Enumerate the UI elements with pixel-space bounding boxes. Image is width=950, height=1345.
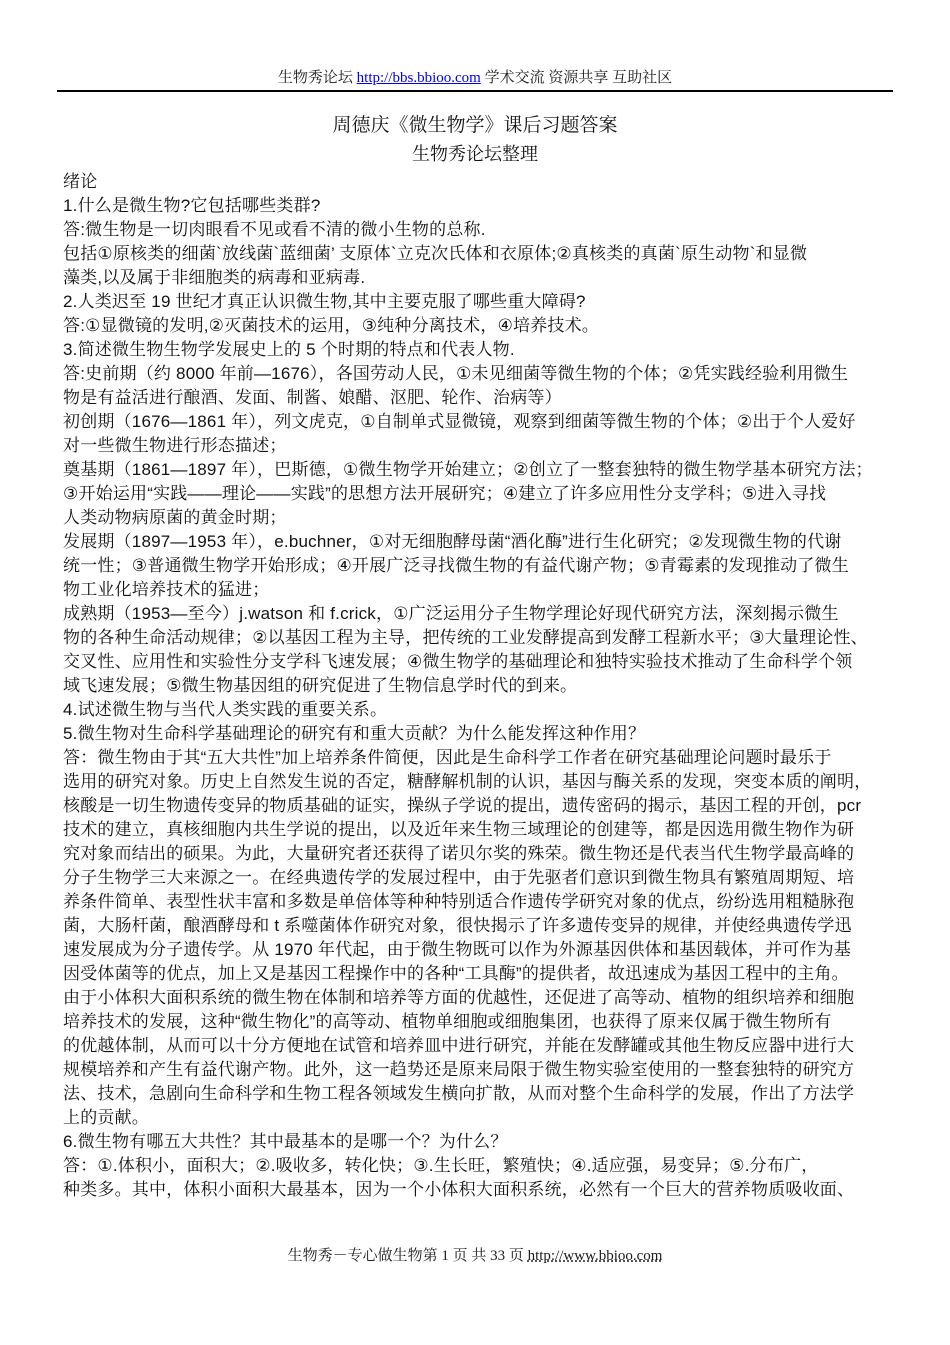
document-subtitle: 生物秀论坛整理	[0, 142, 950, 166]
text-line: 究对象而结出的硕果。为此，大量研究者还获得了诺贝尔奖的殊荣。微生物还是代表当代生…	[63, 842, 893, 866]
text-line: 物工业化培养技术的猛进；	[63, 578, 893, 602]
text-line: 培养技术的发展，这种“微生物化”的高等动、植物单细胞或细胞集团，也获得了原来仅属…	[63, 1010, 893, 1034]
text-line: 速发展成为分子遗传学。从 1970 年代起，由于微生物既可以作为外源基因供体和基…	[63, 938, 893, 962]
text-line: 答：①.体积小，面积大；②.吸收多，转化快；③.生长旺，繁殖快；④.适应强，易变…	[63, 1154, 893, 1178]
text-line: 因受体菌等的优点，加上又是基因工程操作中的各种“工具酶”的提供者，故迅速成为基因…	[63, 962, 893, 986]
text-line: 菌，大肠杆菌，酿酒酵母和 t 系噬菌体作研究对象，很快揭示了许多遗传变异的规律，…	[63, 914, 893, 938]
footer-text: 生物秀－专心做生物第 1 页 共 33 页	[288, 1248, 524, 1264]
text-line: 人类动物病原菌的黄金时期；	[63, 506, 893, 530]
text-line: 答:史前期（约 8000 年前—1676），各国劳动人民，①未见细菌等微生物的个…	[63, 362, 893, 386]
text-line: 上的贡献。	[63, 1106, 893, 1130]
text-line: 3.简述微生物生物学发展史上的 5 个时期的特点和代表人物.	[63, 338, 893, 362]
text-line: 域飞速发展；⑤微生物基因组的研究促进了生物信息学时代的到来。	[63, 674, 893, 698]
text-line: 答：微生物由于其“五大共性”加上培养条件简便，因此是生命科学工作者在研究基础理论…	[63, 746, 893, 770]
text-line: 成熟期（1953—至今）j.watson 和 f.crick，①广泛运用分子生物…	[63, 602, 893, 626]
text-line: 规模培养和产生有益代谢产物。此外，这一趋势还是原来局限于微生物实验室使用的一整套…	[63, 1058, 893, 1082]
text-line: 分子生物学三大来源之一。在经典遗传学的发展过程中，由于先驱者们意识到微生物具有繁…	[63, 866, 893, 890]
text-line: 选用的研究对象。历史上自然发生说的否定，糖酵解机制的认识，基因与酶关系的发现，突…	[63, 770, 893, 794]
text-line: 藻类,以及属于非细胞类的病毒和亚病毒.	[63, 266, 893, 290]
text-line: 5.微生物对生命科学基础理论的研究有和重大贡献？为什么能发挥这种作用？	[63, 722, 893, 746]
document-title: 周德庆《微生物学》课后习题答案	[0, 113, 950, 139]
text-line: 4.试述微生物与当代人类实践的重要关系。	[63, 698, 893, 722]
text-line: 1.什么是微生物?它包括哪些类群?	[63, 194, 893, 218]
text-line: 的优越体制，从而可以十分方便地在试管和培养皿中进行研究，并能在发酵罐或其他生物反…	[63, 1034, 893, 1058]
text-line: 对一些微生物进行形态描述；	[63, 434, 893, 458]
header-site-name: 生物秀论坛	[278, 70, 353, 86]
document-body: 绪论1.什么是微生物?它包括哪些类群?答:微生物是一切肉眼看不见或看不清的微小生…	[63, 170, 893, 1202]
text-line: 种类多。其中，体积小面积大最基本，因为一个小体积大面积系统，必然有一个巨大的营养…	[63, 1178, 893, 1202]
text-line: 交叉性、应用性和实验性分支学科飞速发展；④微生物学的基础理论和独特实验技术推动了…	[63, 650, 893, 674]
text-line: 由于小体积大面积系统的微生物在体制和培养等方面的优越性，还促进了高等动、植物的组…	[63, 986, 893, 1010]
text-line: ③开始运用“实践——理论——实践”的思想方法开展研究；④建立了许多应用性分支学科…	[63, 482, 893, 506]
text-line: 物的各种生命活动规律；②以基因工程为主导，把传统的工业发酵提高到发酵工程新水平；…	[63, 626, 893, 650]
text-line: 绪论	[63, 170, 893, 194]
text-line: 核酸是一切生物遗传变异的物质基础的证实，操纵子学说的提出，遗传密码的揭示，基因工…	[63, 794, 893, 818]
footer-site-link[interactable]: http://www.bbioo.com	[528, 1248, 663, 1264]
text-line: 奠基期（1861—1897 年），巴斯德，①微生物学开始建立；②创立了一整套独特…	[63, 458, 893, 482]
text-line: 法、技术，急剧向生命科学和生物工程各领域发生横向扩散，从而对整个生命科学的发展，…	[63, 1082, 893, 1106]
page-header: 生物秀论坛 http://bbs.bbioo.com 学术交流 资源共享 互助社…	[0, 68, 950, 88]
text-line: 6.微生物有哪五大共性？其中最基本的是哪一个？为什么？	[63, 1130, 893, 1154]
header-tagline: 学术交流 资源共享 互助社区	[485, 70, 673, 86]
text-line: 统一性；③普通微生物学开始形成；④开展广泛寻找微生物的有益代谢产物；⑤青霉素的发…	[63, 554, 893, 578]
text-line: 2.人类迟至 19 世纪才真正认识微生物,其中主要克服了哪些重大障碍?	[63, 290, 893, 314]
header-forum-link[interactable]: http://bbs.bbioo.com	[357, 70, 481, 86]
text-line: 答:微生物是一切肉眼看不见或看不清的微小生物的总称.	[63, 218, 893, 242]
page-footer: 生物秀－专心做生物第 1 页 共 33 页 http://www.bbioo.c…	[0, 1246, 950, 1266]
text-line: 包括①原核类的细菌`放线菌`蓝细菌’ 支原体`立克次氏体和衣原体;②真核类的真菌…	[63, 242, 893, 266]
text-line: 初创期（1676—1861 年），列文虎克，①自制单式显微镜，观察到细菌等微生物…	[63, 410, 893, 434]
document-page: 生物秀论坛 http://bbs.bbioo.com 学术交流 资源共享 互助社…	[0, 0, 950, 1345]
text-line: 技术的建立，真核细胞内共生学说的提出，以及近年来生物三域理论的创建等，都是因选用…	[63, 818, 893, 842]
header-divider	[57, 90, 893, 92]
text-line: 发展期（1897—1953 年），e.buchner，①对无细胞酵母菌“酒化酶”…	[63, 530, 893, 554]
text-line: 答:①显微镜的发明,②灭菌技术的运用，③纯种分离技术，④培养技术。	[63, 314, 893, 338]
text-line: 养条件简单、表型性状丰富和多数是单倍体等种种特别适合作遗传学研究对象的优点，纷纷…	[63, 890, 893, 914]
text-line: 物是有益活进行酿酒、发面、制酱、娘醋、沤肥、轮作、治病等）	[63, 386, 893, 410]
